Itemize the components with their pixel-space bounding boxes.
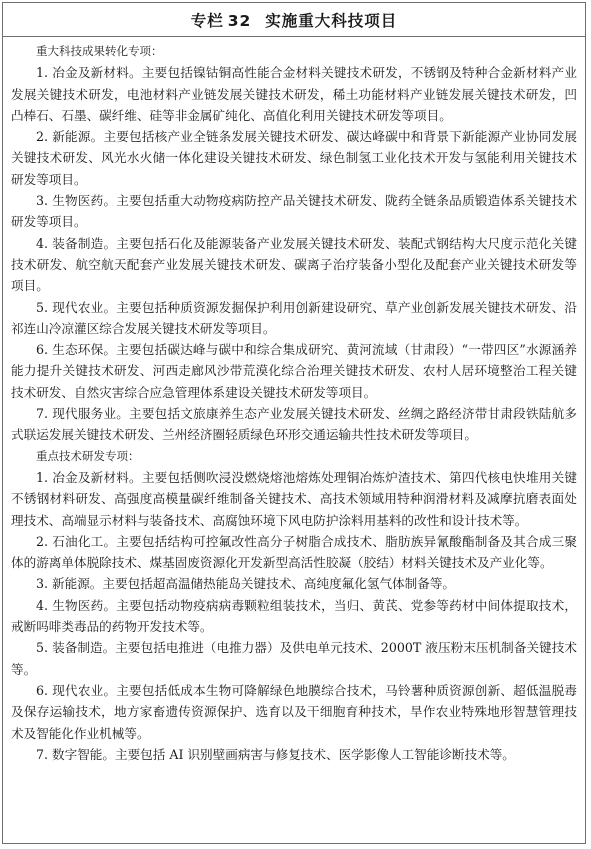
list-item: 2. 石油化工。主要包括结构可控氟改性高分子树脂合成技术、脂肪族异氰酸酯制备及其… <box>11 531 577 574</box>
list-item: 1. 冶金及新材料。主要包括侧吹浸没燃烧熔池熔炼处理铜冶炼炉渣技术、第四代核电快… <box>11 467 577 531</box>
list-item: 2. 新能源。主要包括核产业全链条发展关键技术研发、碳达峰碳中和背景下新能源产业… <box>11 126 577 190</box>
box-body: 重大科技成果转化专项： 1. 冶金及新材料。主要包括镍钴铜高性能合金材料关键技术… <box>3 37 585 765</box>
list-item: 6. 生态环保。主要包括碳达峰与碳中和综合集成研究、黄河流域（甘肃段）“一带四区… <box>11 339 577 403</box>
section-heading-achievement-transfer: 重大科技成果转化专项： <box>11 41 577 62</box>
box-title: 专栏32实施重大科技项目 <box>191 9 398 31</box>
list-item: 7. 现代服务业。主要包括文旅康养生态产业发展关键技术研发、丝绸之路经济带甘肃段… <box>11 403 577 446</box>
list-item: 6. 现代农业。主要包括低成本生物可降解绿色地膜综合技术，马铃薯种质资源创新、超… <box>11 680 577 744</box>
list-item: 4. 装备制造。主要包括石化及能源装备产业发展关键技术研发、装配式钢结构大尺度示… <box>11 233 577 297</box>
list-item: 3. 新能源。主要包括超高温储热能岛关键技术、高纯度氟化氢气体制备等。 <box>11 573 577 594</box>
title-text: 实施重大科技项目 <box>265 12 397 30</box>
list-item: 3. 生物医药。主要包括重大动物疫病防控产品关键技术研发、陇药全链条品质锻造体系… <box>11 190 577 233</box>
list-item: 4. 生物医药。主要包括动物疫病病毒颗粒组装技术，当归、黄芪、党参等药材中间体提… <box>11 595 577 638</box>
box-header: 专栏32实施重大科技项目 <box>3 3 585 37</box>
list-item: 1. 冶金及新材料。主要包括镍钴铜高性能合金材料关键技术研发，不锈钢及特种合金新… <box>11 62 577 126</box>
list-item: 7. 数字智能。主要包括 AI 识别壁画病害与修复技术、医学影像人工智能诊断技术… <box>11 744 577 765</box>
list-item: 5. 装备制造。主要包括电推进（电推力器）及供电单元技术、2000T 液压粉末压… <box>11 637 577 680</box>
title-prefix: 专栏 <box>191 12 224 30</box>
column-box: 专栏32实施重大科技项目 重大科技成果转化专项： 1. 冶金及新材料。主要包括镍… <box>2 2 586 844</box>
list-item: 5. 现代农业。主要包括种质资源发掘保护利用创新建设研究、草产业创新发展关键技术… <box>11 297 577 340</box>
title-number: 32 <box>228 12 252 30</box>
section-heading-key-rd: 重点技术研发专项： <box>11 446 577 467</box>
